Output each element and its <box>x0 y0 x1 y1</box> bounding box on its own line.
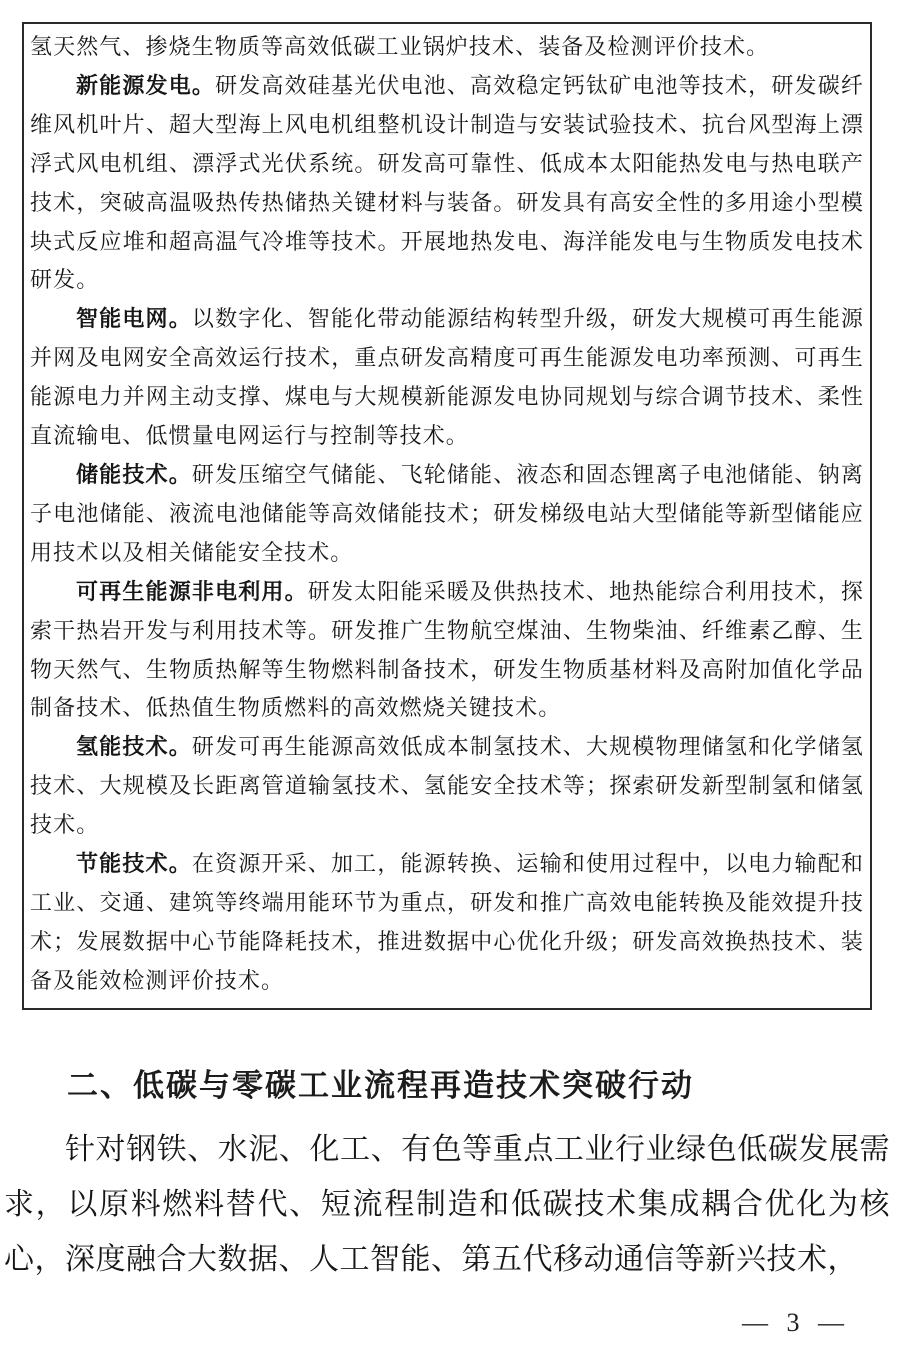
box-paragraph: 节能技术。在资源开采、加工，能源转换、运输和使用过程中，以电力输配和工业、交通、… <box>30 845 864 1001</box>
box-paragraph-text: 氢天然气、掺烧生物质等高效低碳工业锅炉技术、装备及检测评价技术。 <box>30 34 769 59</box>
box-paragraph-lead: 节能技术。 <box>76 851 192 876</box>
box-paragraph-lead: 储能技术。 <box>76 462 192 487</box>
technology-provisions-box: 氢天然气、掺烧生物质等高效低碳工业锅炉技术、装备及检测评价技术。 新能源发电。研… <box>22 22 872 1010</box>
section-heading: 二、低碳与零碳工业流程再造技术突破行动 <box>4 1068 890 1104</box>
box-paragraph: 新能源发电。研发高效硅基光伏电池、高效稳定钙钛矿电池等技术，研发碳纤维风机叶片、… <box>30 67 864 300</box>
box-paragraph-lead: 新能源发电。 <box>76 73 215 98</box>
box-paragraph-lead: 智能电网。 <box>76 306 192 331</box>
box-paragraph: 氢能技术。研发可再生能源高效低成本制氢技术、大规模物理储氢和化学储氢技术、大规模… <box>30 728 864 845</box>
box-paragraph: 氢天然气、掺烧生物质等高效低碳工业锅炉技术、装备及检测评价技术。 <box>30 28 864 67</box>
box-paragraph-lead: 氢能技术。 <box>76 734 192 759</box>
page-number: — 3 — <box>742 1308 850 1338</box>
box-paragraph: 储能技术。研发压缩空气储能、飞轮储能、液态和固态锂离子电池储能、钠离子电池储能、… <box>30 456 864 573</box>
box-paragraph: 可再生能源非电利用。研发太阳能采暖及供热技术、地热能综合利用技术，探索干热岩开发… <box>30 573 864 729</box>
document-page: 氢天然气、掺烧生物质等高效低碳工业锅炉技术、装备及检测评价技术。 新能源发电。研… <box>0 0 900 1354</box>
box-paragraph-text: 研发高效硅基光伏电池、高效稳定钙钛矿电池等技术，研发碳纤维风机叶片、超大型海上风… <box>30 73 864 293</box>
box-paragraph-lead: 可再生能源非电利用。 <box>76 579 308 604</box>
section-opening-paragraph: 针对钢铁、水泥、化工、有色等重点工业行业绿色低碳发展需求，以原料燃料替代、短流程… <box>4 1122 890 1287</box>
box-paragraph: 智能电网。以数字化、智能化带动能源结构转型升级，研发大规模可再生能源并网及电网安… <box>30 300 864 456</box>
